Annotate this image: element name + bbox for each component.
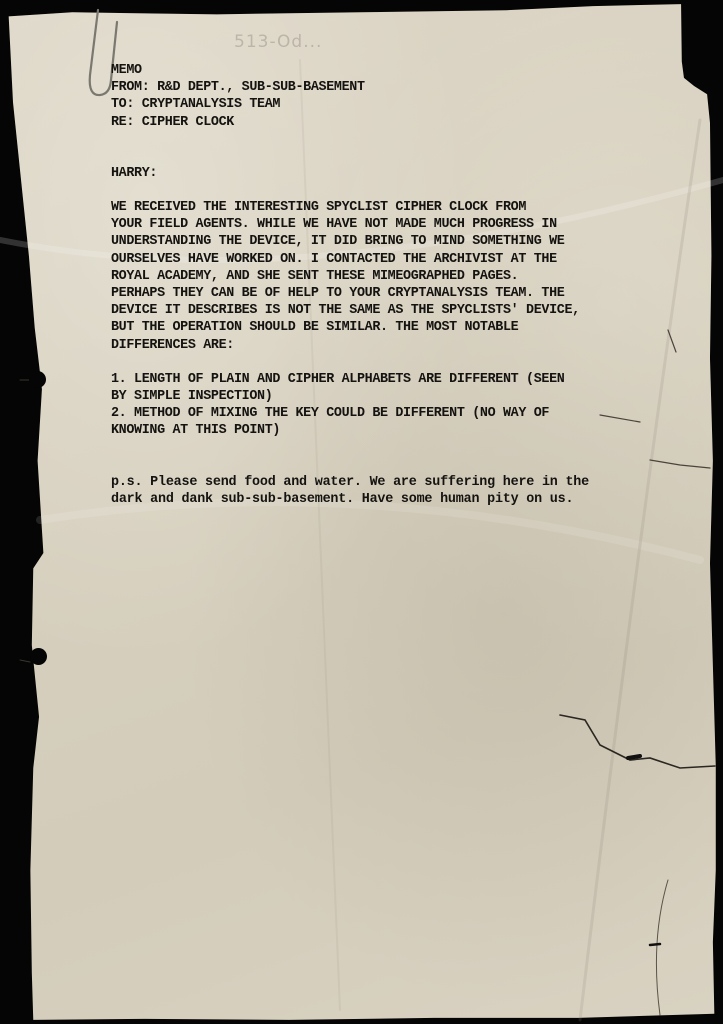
memo-re: RE: CIPHER CLOCK [111, 114, 631, 131]
body-line: BUT THE OPERATION SHOULD BE SIMILAR. THE… [111, 319, 631, 336]
memo-to: TO: CRYPTANALYSIS TEAM [111, 96, 631, 113]
body-line: YOUR FIELD AGENTS. WHILE WE HAVE NOT MAD… [111, 216, 631, 233]
faded-stamp: 513-Od... [234, 32, 322, 52]
list-line: KNOWING AT THIS POINT) [111, 422, 631, 439]
list-line: 1. LENGTH OF PLAIN AND CIPHER ALPHABETS … [111, 371, 631, 388]
body-line: DEVICE IT DESCRIBES IS NOT THE SAME AS T… [111, 302, 631, 319]
body-line: PERHAPS THEY CAN BE OF HELP TO YOUR CRYP… [111, 285, 631, 302]
body-line: DIFFERENCES ARE: [111, 337, 631, 354]
postscript-line: dark and dank sub-sub-basement. Have som… [111, 491, 631, 508]
body-line: ROYAL ACADEMY, AND SHE SENT THESE MIMEOG… [111, 268, 631, 285]
body-line: OURSELVES HAVE WORKED ON. I CONTACTED TH… [111, 251, 631, 268]
list-line: 2. METHOD OF MIXING THE KEY COULD BE DIF… [111, 405, 631, 422]
memo-text: MEMO FROM: R&D DEPT., SUB-SUB-BASEMENT T… [111, 62, 631, 508]
postscript-line: p.s. Please send food and water. We are … [111, 474, 631, 491]
list-line: BY SIMPLE INSPECTION) [111, 388, 631, 405]
punch-hole [29, 371, 46, 388]
salutation: HARRY: [111, 165, 631, 182]
body-line: WE RECEIVED THE INTERESTING SPYCLIST CIP… [111, 199, 631, 216]
body-line: UNDERSTANDING THE DEVICE, IT DID BRING T… [111, 233, 631, 250]
memo-from: FROM: R&D DEPT., SUB-SUB-BASEMENT [111, 79, 631, 96]
memo-heading: MEMO [111, 62, 631, 79]
punch-hole [30, 648, 47, 665]
